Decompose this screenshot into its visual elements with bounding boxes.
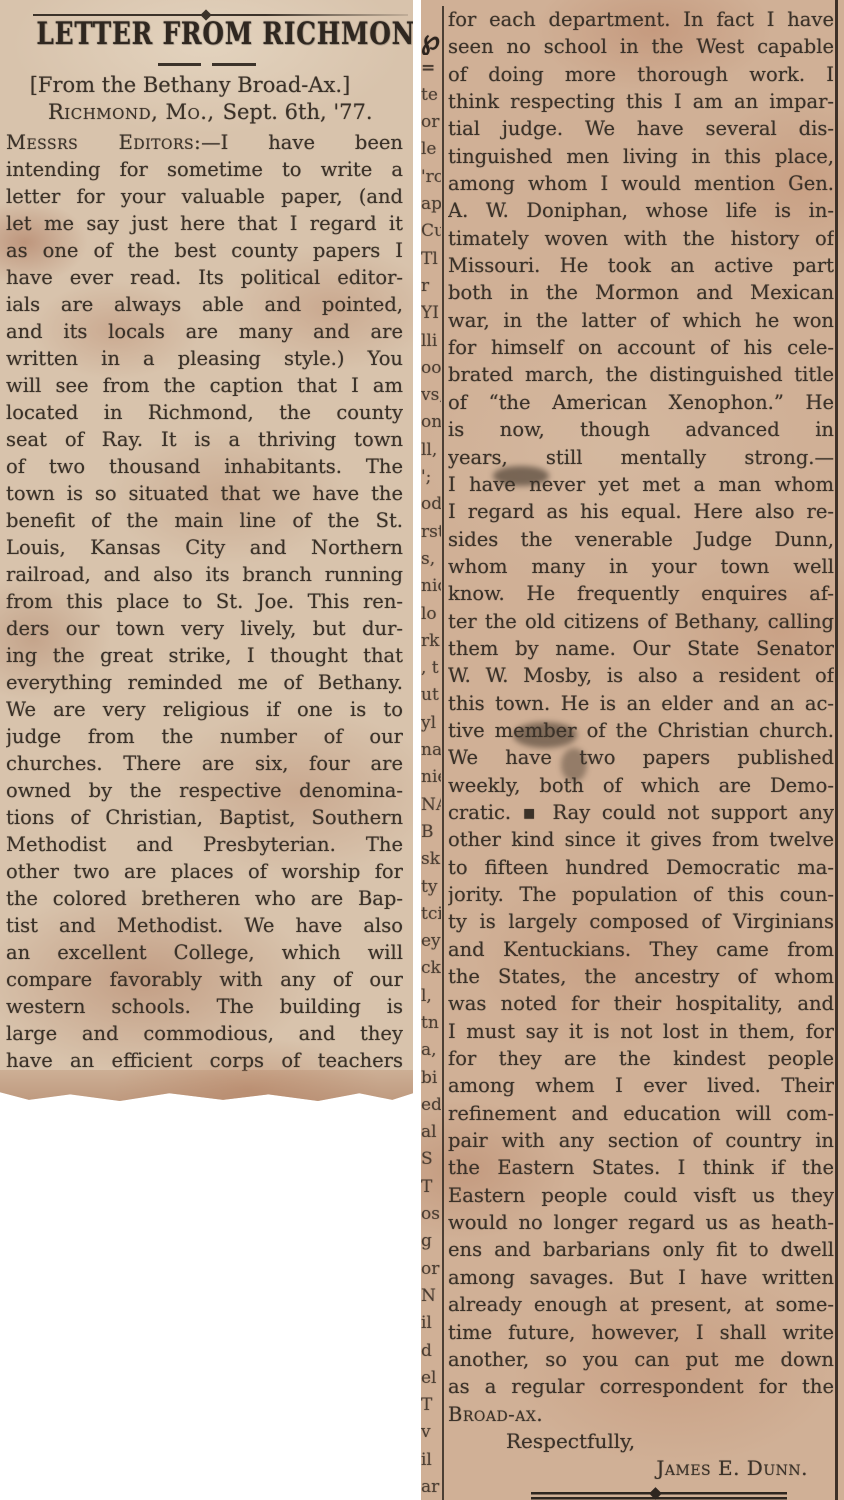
left-column-lines: intending for sometime to write aletter …: [6, 156, 403, 1074]
text-line: letter for your valuable paper, (and: [6, 183, 403, 210]
text-line: 'rc: [421, 164, 441, 191]
text-line: an excellent College, which will: [6, 939, 403, 966]
text-line: I have never yet met a man whom: [448, 471, 834, 498]
text-line: is now, though advanced in: [448, 416, 834, 443]
text-line: ar: [421, 1474, 441, 1500]
text-line: ter the old citizens of Bethany, calling: [448, 608, 834, 635]
text-line: cratic. ▪ Ray could not support any: [448, 799, 834, 826]
text-line: war, in the latter of which he won: [448, 307, 834, 334]
text-line: B: [421, 819, 441, 846]
text-line: located in Richmond, the county: [6, 399, 403, 426]
text-line: tive member of the Christian church.: [448, 717, 834, 744]
text-line: compare favorably with any of our: [6, 966, 403, 993]
text-line: Missouri. He took an active part: [448, 252, 834, 279]
text-line: years, still mentally strong.—: [448, 444, 834, 471]
salutation-rest: —I have been: [201, 131, 403, 154]
text-line: timately woven with the history of: [448, 225, 834, 252]
left-newspaper-clipping: LETTER FROM RICHMOND, MO. [From the Beth…: [0, 0, 413, 1101]
text-line: ey: [421, 928, 441, 955]
text-line: NA: [421, 792, 441, 819]
text-line: nic: [421, 573, 441, 600]
text-line-salutation: Messrs Editors:—I have been: [6, 129, 403, 156]
text-line: as a regular correspondent for the: [448, 1373, 834, 1400]
text-line: another, so you can put me down: [448, 1346, 834, 1373]
bottom-ornament-rule: [531, 1492, 787, 1500]
text-line: will see from the caption that I am: [6, 372, 403, 399]
text-line: ap: [421, 191, 441, 218]
text-line: the States, the ancestry of whom: [448, 963, 834, 990]
text-line: of “the American Xenophon.” He: [448, 389, 834, 416]
text-line: railroad, and also its branch running: [6, 561, 403, 588]
text-line: jority. The population of this coun-: [448, 881, 834, 908]
text-line: other kind since it gives from twelve: [448, 826, 834, 853]
text-line: ℘(: [421, 27, 441, 54]
text-line: or: [421, 1256, 441, 1283]
text-line: ed: [421, 1092, 441, 1119]
text-line: ck: [421, 955, 441, 982]
text-line: them by name. Our State Senator: [448, 635, 834, 662]
left-column-text: Messrs Editors:—I have been intending fo…: [6, 129, 403, 1074]
text-line: ens and barbarians only fit to dwell: [448, 1236, 834, 1263]
text-line: already enough at present, at some-: [448, 1291, 834, 1318]
text-line: the colored bretheren who are Bap-: [6, 885, 403, 912]
headline-divider-rule: [158, 63, 256, 66]
text-line: ty is largely composed of Virginians: [448, 908, 834, 935]
text-line: yl: [421, 710, 441, 737]
cut-edge-fragment-strip: ℘(=teorle'rcapCuTlrYIlliooivs,onll,';odr…: [421, 0, 441, 1500]
text-line: intending for sometime to write a: [6, 156, 403, 183]
attribution-line: [From the Bethany Broad-Ax.]: [0, 73, 380, 97]
text-line: tinguished men living in this place,: [448, 143, 834, 170]
text-line: ';: [421, 464, 441, 491]
text-line: town is so situated that we have the: [6, 480, 403, 507]
text-line: written in a pleasing style.) You: [6, 345, 403, 372]
text-line: rst: [421, 519, 441, 546]
text-line: il: [421, 1310, 441, 1337]
text-line: seen no school in the West capable: [448, 33, 834, 60]
dateline-place: Richmond, Mo.,: [48, 100, 215, 124]
text-line: judge from the number of our: [6, 723, 403, 750]
text-line: among whom I would mention Gen.: [448, 170, 834, 197]
text-line: as one of the best county papers I: [6, 237, 403, 264]
closing-signoff: Respectfully,: [448, 1428, 834, 1455]
text-line: We have two papers published: [448, 744, 834, 771]
closing-signature: James E. Dunn.: [448, 1455, 834, 1482]
text-line: g: [421, 1228, 441, 1255]
text-line: Methodist and Presbyterian. The: [6, 831, 403, 858]
text-line: let me say just here that I regard it: [6, 210, 403, 237]
text-line: v: [421, 1419, 441, 1446]
text-line: owned by the respective denomina-: [6, 777, 403, 804]
text-line: of two thousand inhabitants. The: [6, 453, 403, 480]
text-line: nie: [421, 764, 441, 791]
text-line: among savages. But I have written: [448, 1264, 834, 1291]
torn-bottom-edge: [0, 1070, 413, 1101]
text-line: other two are places of worship for: [6, 858, 403, 885]
text-line: T: [421, 1174, 441, 1201]
text-line: le: [421, 136, 441, 163]
text-line: was noted for their hospitality, and: [448, 990, 834, 1017]
text-line: benefit of the main line of the St.: [6, 507, 403, 534]
text-line: or: [421, 109, 441, 136]
text-line: know. He frequently enquires af-: [448, 580, 834, 607]
text-line: bi: [421, 1065, 441, 1092]
text-line: YI: [421, 300, 441, 327]
text-line: churches. There are six, four are: [6, 750, 403, 777]
right-column-lines: for each department. In fact I haveseen …: [448, 6, 834, 1401]
text-line: have ever read. Its political editor-: [6, 264, 403, 291]
text-line: whom many in your town well: [448, 553, 834, 580]
text-line: vs,: [421, 382, 441, 409]
text-line: among whem I ever lived. Their: [448, 1072, 834, 1099]
text-line: ty: [421, 874, 441, 901]
text-line: for himself on account of his cele-: [448, 334, 834, 361]
text-line: refinement and education will com-: [448, 1100, 834, 1127]
right-column-text: for each department. In fact I haveseen …: [448, 6, 834, 1483]
scanned-page: { "colors":{ "page_background":"#ffffff"…: [0, 0, 844, 1500]
text-line: lli: [421, 328, 441, 355]
text-line: for they are the kindest people: [448, 1045, 834, 1072]
text-line: large and commodious, and they: [6, 1020, 403, 1047]
text-line: al: [421, 1119, 441, 1146]
text-line: on: [421, 409, 441, 436]
text-line: ing the great strike, I thought that: [6, 642, 403, 669]
text-line: would no longer regard us as heath-: [448, 1209, 834, 1236]
text-line: Cu: [421, 218, 441, 245]
salutation: Messrs Editors:: [6, 131, 201, 154]
text-line: d: [421, 1338, 441, 1365]
text-line: We are very religious if one is to: [6, 696, 403, 723]
text-line: tn: [421, 1010, 441, 1037]
text-line: from this place to St. Joe. This ren-: [6, 588, 403, 615]
text-line: od: [421, 491, 441, 518]
text-line: S: [421, 1146, 441, 1173]
text-line: brated march, the distinguished title: [448, 361, 834, 388]
text-line: s,: [421, 546, 441, 573]
right-newspaper-clipping: ℘(=teorle'rcapCuTlrYIlliooivs,onll,';odr…: [421, 0, 844, 1500]
text-line: lo: [421, 601, 441, 628]
text-line: il: [421, 1447, 441, 1474]
text-line: ut: [421, 682, 441, 709]
text-line: of doing more thorough work. I: [448, 61, 834, 88]
text-line: l,: [421, 983, 441, 1010]
text-line: el: [421, 1365, 441, 1392]
column-rule-right: [835, 0, 838, 1500]
broadax-line: Broad-ax.: [448, 1401, 834, 1428]
text-line: sides the venerable Judge Dunn,: [448, 526, 834, 553]
text-line: , t: [421, 655, 441, 682]
text-line: Louis, Kansas City and Northern: [6, 534, 403, 561]
text-line: os: [421, 1201, 441, 1228]
text-line: everything reminded me of Bethany.: [6, 669, 403, 696]
text-line: N: [421, 1283, 441, 1310]
text-line: tist and Methodist. We have also: [6, 912, 403, 939]
text-line: the Eastern States. I think if the: [448, 1154, 834, 1181]
text-line: tci: [421, 901, 441, 928]
column-rule-left: [442, 6, 444, 1500]
text-line: A. W. Doniphan, whose life is in-: [448, 197, 834, 224]
text-line: and its locals are many and are: [6, 318, 403, 345]
text-line: western schools. The building is: [6, 993, 403, 1020]
headline: LETTER FROM RICHMOND, MO.: [36, 16, 375, 52]
text-line: W. W. Mosby, is also a resident of: [448, 662, 834, 689]
text-line: this town. He is an elder and an ac-: [448, 690, 834, 717]
text-line: a,: [421, 1037, 441, 1064]
dateline: Richmond, Mo.,Sept. 6th, '77.: [48, 100, 408, 124]
text-line: =: [421, 55, 441, 82]
text-line: ials are always able and pointed,: [6, 291, 403, 318]
text-line: T: [421, 1392, 441, 1419]
text-line: na: [421, 737, 441, 764]
text-line: r: [421, 273, 441, 300]
text-line: rk: [421, 628, 441, 655]
text-line: I must say it is not lost in them, for: [448, 1018, 834, 1045]
text-line: ders our town very lively, but dur-: [6, 615, 403, 642]
text-line: think respecting this I am an impar-: [448, 88, 834, 115]
text-line: weekly, both of which are Demo-: [448, 772, 834, 799]
text-line: Tl: [421, 246, 441, 273]
text-line: te: [421, 82, 441, 109]
text-line: I regard as his equal. Here also re-: [448, 498, 834, 525]
text-line: time future, however, I shall write: [448, 1319, 834, 1346]
text-line: ll,: [421, 437, 441, 464]
text-line: for each department. In fact I have: [448, 6, 834, 33]
text-line: sk: [421, 846, 441, 873]
text-line: [421, 0, 441, 27]
text-line: pair with any section of country in: [448, 1127, 834, 1154]
dateline-date: Sept. 6th, '77.: [223, 100, 373, 124]
text-line: Eastern people could visft us they: [448, 1182, 834, 1209]
text-line: ooi: [421, 355, 441, 382]
text-line: tions of Christian, Baptist, Southern: [6, 804, 403, 831]
text-line: to fifteen hundred Democratic ma-: [448, 854, 834, 881]
text-line: tial judge. We have several dis-: [448, 115, 834, 142]
text-line: seat of Ray. It is a thriving town: [6, 426, 403, 453]
text-line: and Kentuckians. They came from: [448, 936, 834, 963]
text-line: both in the Mormon and Mexican: [448, 279, 834, 306]
